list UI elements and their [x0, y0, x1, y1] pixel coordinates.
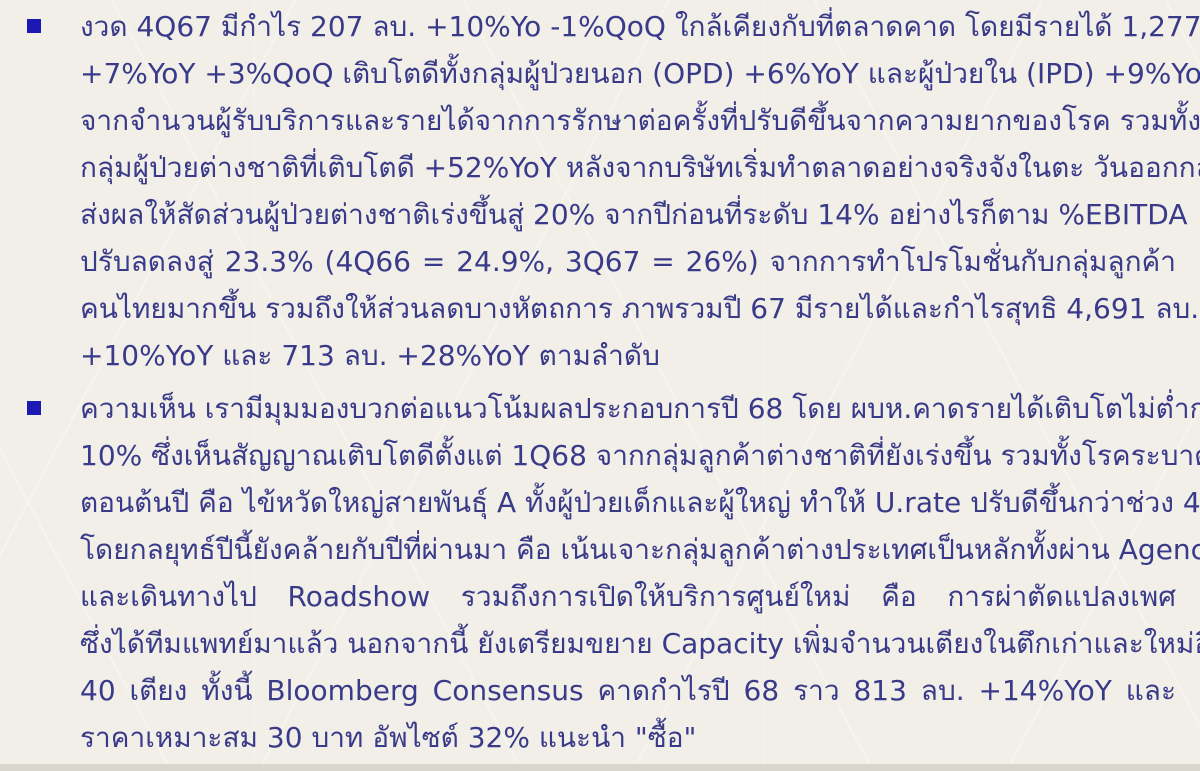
text-line: +10%YoY และ 713 ลบ. +28%YoY ตามลำดับ	[80, 332, 1176, 379]
text-line: ความเห็น เรามีมุมมองบวกต่อแนวโน้มผลประกอ…	[80, 385, 1176, 432]
slide-background: { "theme": { "background_color": "#f1efe…	[0, 0, 1200, 771]
bullet-square-icon	[27, 19, 41, 33]
text-line: งวด 4Q67 มีกำไร 207 ลบ. +10%Yo -1%QoQ ใก…	[80, 3, 1176, 50]
text-line: โดยกลยุทธ์ปีนี้ยังคล้ายกับปีที่ผ่านมา คื…	[80, 526, 1176, 573]
text-line: ปรับลดลงสู่ 23.3% (4Q66 = 24.9%, 3Q67 = …	[80, 238, 1176, 285]
text-line: และเดินทางไป Roadshow รวมถึงการเปิดให้บร…	[80, 573, 1176, 620]
text-line: 10% ซึ่งเห็นสัญญาณเติบโตดีตั้งแต่ 1Q68 จ…	[80, 432, 1176, 479]
bullet-square-icon	[27, 401, 41, 415]
text-line: คนไทยมากขึ้น รวมถึงให้ส่วนลดบางหัตถการ ภ…	[80, 285, 1176, 332]
bullet-item-opinion: ความเห็น เรามีมุมมองบวกต่อแนวโน้มผลประกอ…	[80, 385, 1176, 761]
text-line: ตอนต้นปี คือ ไข้หวัดใหญ่สายพันธุ์ A ทั้ง…	[80, 479, 1176, 526]
text-line: 40 เตียง ทั้งนี้ Bloomberg Consensus คาด…	[80, 667, 1176, 714]
slide-text-block: งวด 4Q67 มีกำไร 207 ลบ. +10%Yo -1%QoQ ใก…	[80, 3, 1176, 761]
text-line: ราคาเหมาะสม 30 บาท อัพไซต์ 32% แนะนำ "ซื…	[80, 714, 1176, 761]
text-line: กลุ่มผู้ป่วยต่างชาติที่เติบโตดี +52%YoY …	[80, 144, 1176, 191]
bullet-item-results: งวด 4Q67 มีกำไร 207 ลบ. +10%Yo -1%QoQ ใก…	[80, 3, 1176, 379]
bottom-edge-strip	[0, 764, 1200, 771]
text-line: จากจำนวนผู้รับบริการและรายได้จากการรักษา…	[80, 97, 1176, 144]
text-line: ซึ่งได้ทีมแพทย์มาแล้ว นอกจากนี้ ยังเตรีย…	[80, 620, 1176, 667]
text-line: +7%YoY +3%QoQ เติบโตดีทั้งกลุ่มผู้ป่วยนอ…	[80, 50, 1176, 97]
text-line: ส่งผลให้สัดส่วนผู้ป่วยต่างชาติเร่งขึ้นสู…	[80, 191, 1176, 238]
